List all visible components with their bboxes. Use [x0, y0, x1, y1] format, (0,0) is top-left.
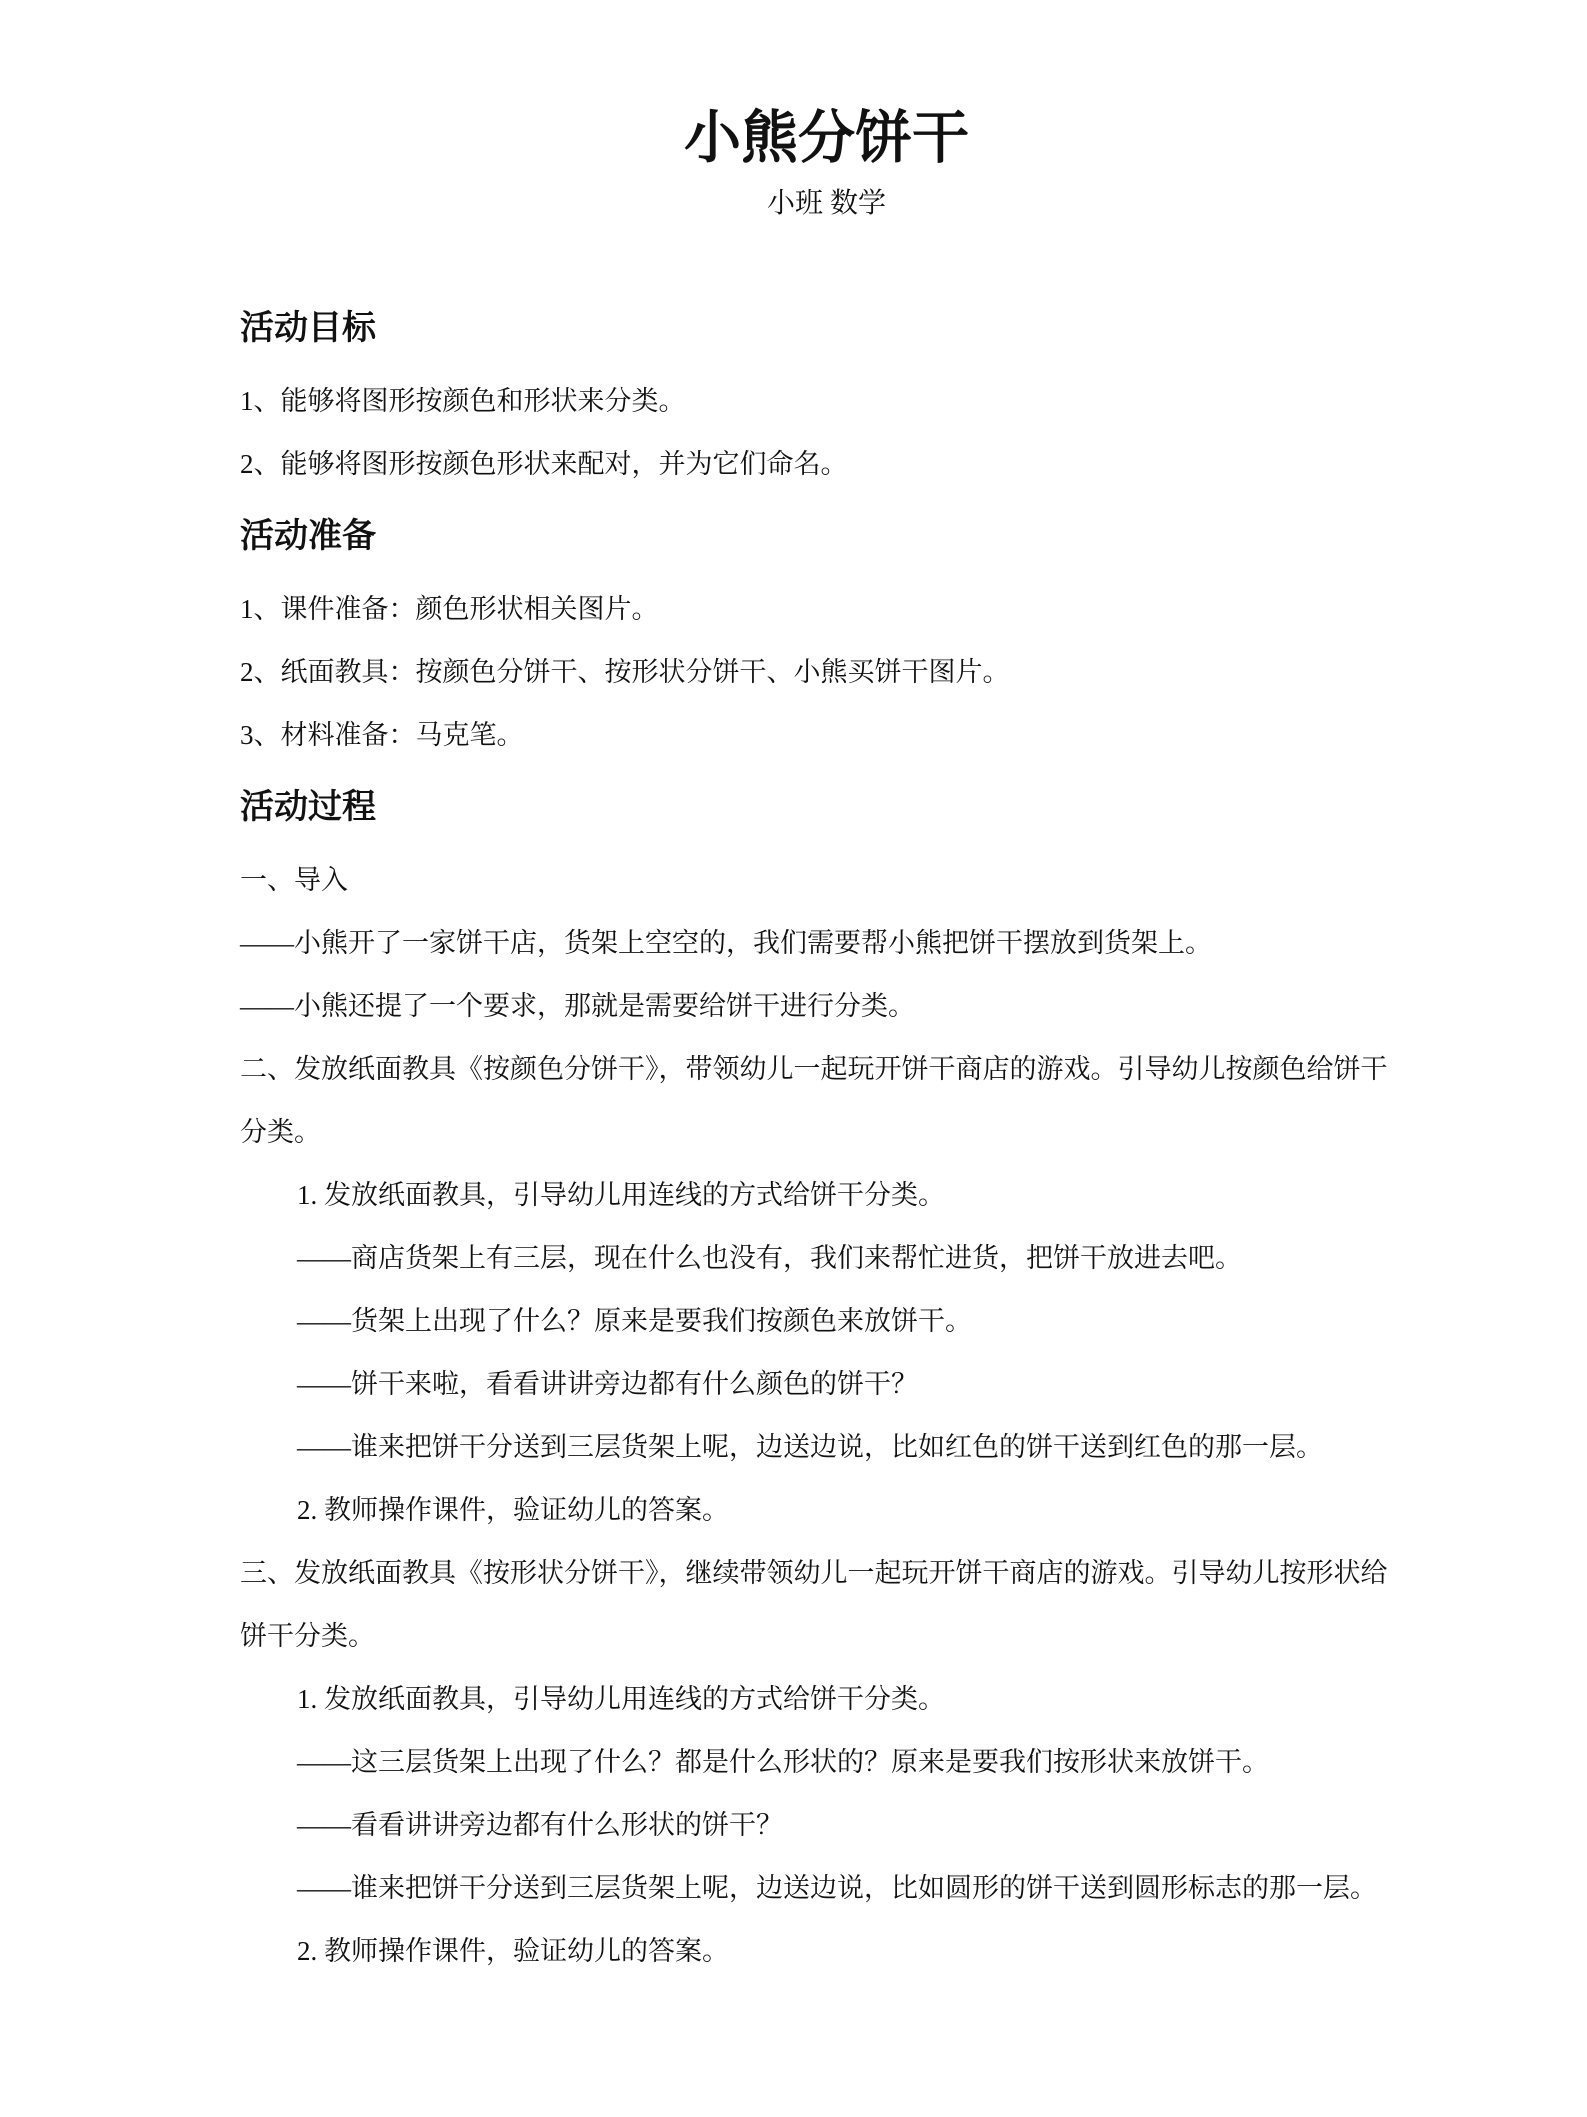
paragraph: 一、导入 [240, 849, 1413, 912]
section-activity-process: 活动过程一、导入——小熊开了一家饼干店，货架上空空的，我们需要帮小熊把饼干摆放到… [240, 776, 1413, 1983]
document-subtitle: 小班 数学 [240, 175, 1413, 233]
paragraph: 1. 发放纸面教具，引导幼儿用连线的方式给饼干分类。 [240, 1668, 1413, 1731]
section-heading: 活动准备 [240, 505, 1413, 569]
paragraph: ——这三层货架上出现了什么？都是什么形状的？原来是要我们按形状来放饼干。 [240, 1731, 1413, 1794]
section-activity-preparation: 活动准备1、课件准备：颜色形状相关图片。2、纸面教具：按颜色分饼干、按形状分饼干… [240, 505, 1413, 767]
paragraph: ——小熊还提了一个要求，那就是需要给饼干进行分类。 [240, 975, 1413, 1038]
section-heading: 活动过程 [240, 776, 1413, 840]
paragraph: 2、纸面教具：按颜色分饼干、按形状分饼干、小熊买饼干图片。 [240, 641, 1413, 704]
paragraph: ——谁来把饼干分送到三层货架上呢，边送边说，比如红色的饼干送到红色的那一层。 [240, 1416, 1413, 1479]
paragraph: 1、课件准备：颜色形状相关图片。 [240, 578, 1413, 641]
paragraph: 二、发放纸面教具《按颜色分饼干》，带领幼儿一起玩开饼干商店的游戏。引导幼儿按颜色… [240, 1038, 1413, 1164]
document-body: 活动目标1、能够将图形按颜色和形状来分类。2、能够将图形按颜色形状来配对，并为它… [240, 297, 1413, 1983]
section-heading: 活动目标 [240, 297, 1413, 361]
paragraph: 1. 发放纸面教具，引导幼儿用连线的方式给饼干分类。 [240, 1164, 1413, 1227]
paragraph: 3、材料准备：马克笔。 [240, 704, 1413, 767]
paragraph: 1、能够将图形按颜色和形状来分类。 [240, 370, 1413, 433]
paragraph: ——商店货架上有三层，现在什么也没有，我们来帮忙进货，把饼干放进去吧。 [240, 1227, 1413, 1290]
paragraph: ——看看讲讲旁边都有什么形状的饼干？ [240, 1794, 1413, 1857]
paragraph: 2、能够将图形按颜色形状来配对，并为它们命名。 [240, 433, 1413, 496]
paragraph: 2. 教师操作课件，验证幼儿的答案。 [240, 1920, 1413, 1983]
section-activity-goals: 活动目标1、能够将图形按颜色和形状来分类。2、能够将图形按颜色形状来配对，并为它… [240, 297, 1413, 496]
paragraph: ——谁来把饼干分送到三层货架上呢，边送边说，比如圆形的饼干送到圆形标志的那一层。 [240, 1857, 1413, 1920]
paragraph: 2. 教师操作课件，验证幼儿的答案。 [240, 1479, 1413, 1542]
lesson-plan-document: 小熊分饼干 小班 数学 活动目标1、能够将图形按颜色和形状来分类。2、能够将图形… [0, 0, 1587, 2117]
paragraph: ——货架上出现了什么？原来是要我们按颜色来放饼干。 [240, 1290, 1413, 1353]
paragraph: ——饼干来啦，看看讲讲旁边都有什么颜色的饼干？ [240, 1353, 1413, 1416]
paragraph: 三、发放纸面教具《按形状分饼干》，继续带领幼儿一起玩开饼干商店的游戏。引导幼儿按… [240, 1542, 1413, 1668]
document-title: 小熊分饼干 [240, 103, 1413, 175]
paragraph: ——小熊开了一家饼干店，货架上空空的，我们需要帮小熊把饼干摆放到货架上。 [240, 912, 1413, 975]
